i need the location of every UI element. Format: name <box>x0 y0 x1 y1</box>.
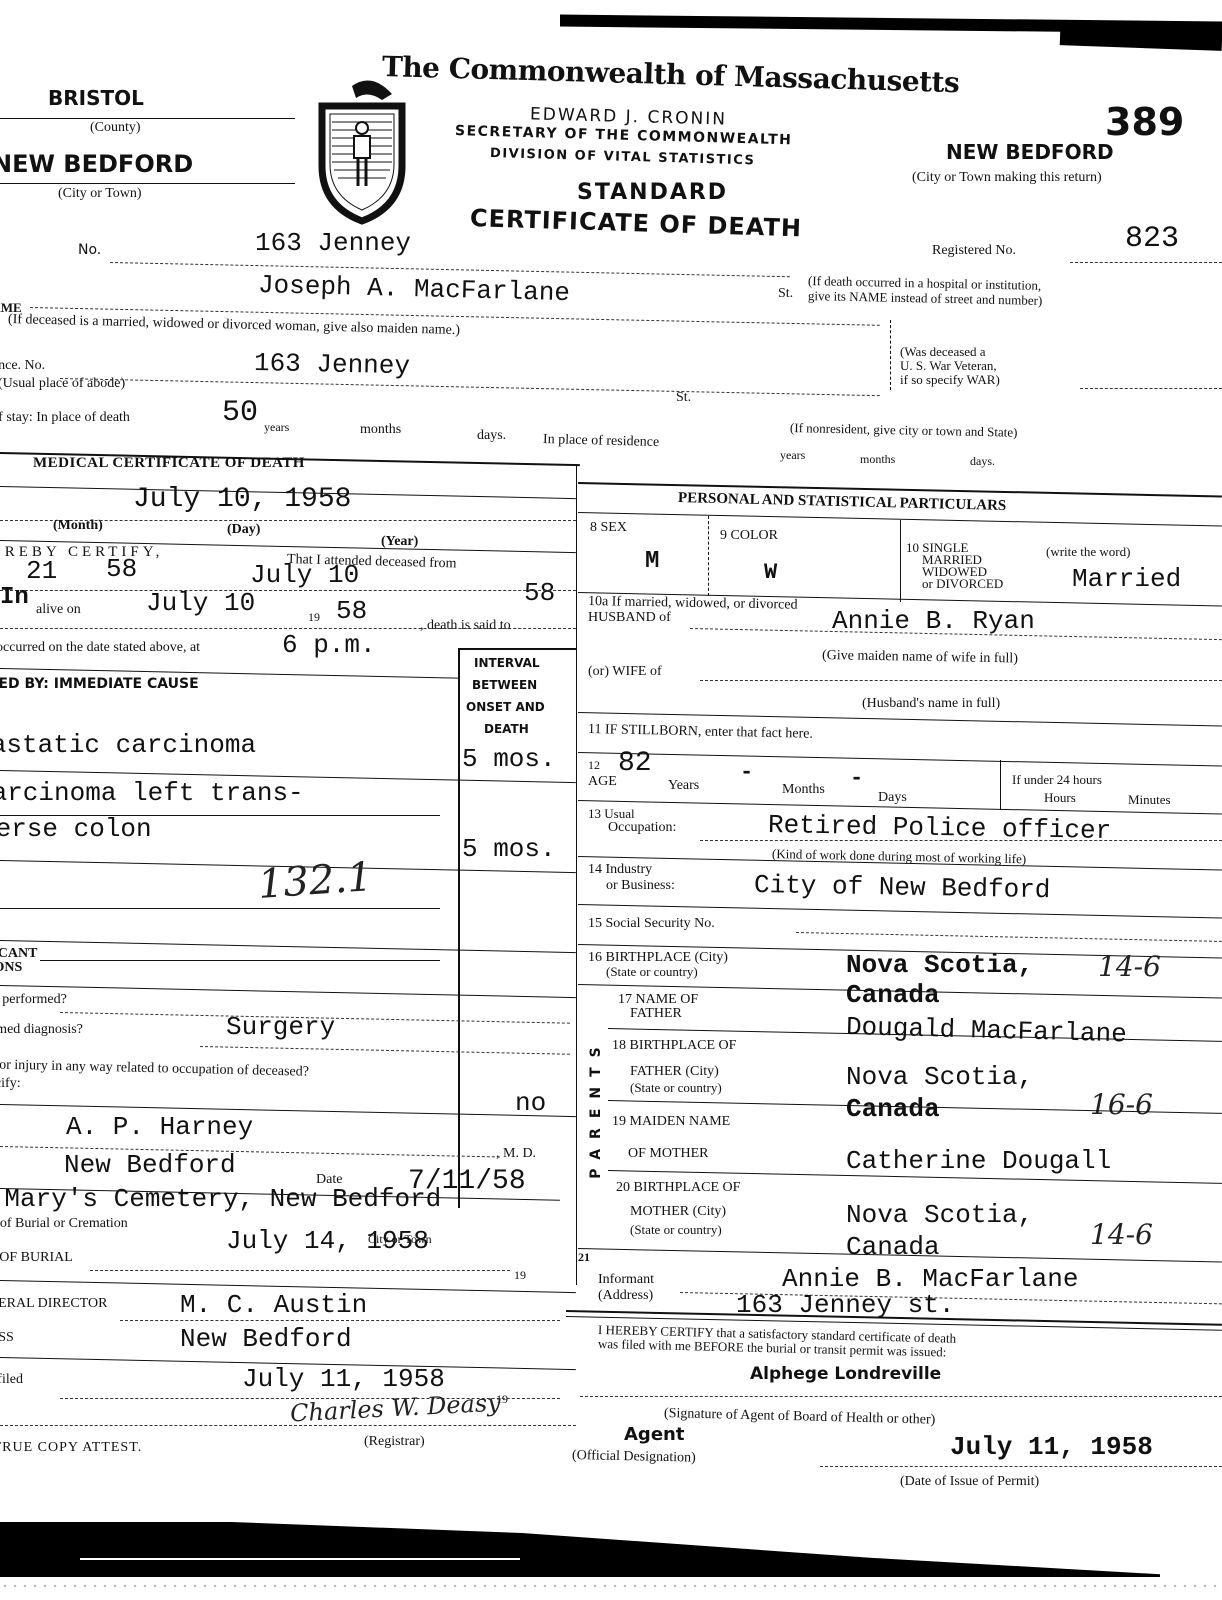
residence-value[interactable]: 163 Jenney <box>254 348 411 381</box>
mother-birthplace-value-2[interactable]: Canada <box>846 1232 940 1262</box>
under24-divider <box>1000 760 1001 810</box>
marital-label-4: or DIVORCED <box>922 576 1003 592</box>
registered-value: 823 <box>1125 222 1179 256</box>
mother-birthplace-label-3: (State or country) <box>630 1222 722 1238</box>
father-birthplace-label-1: 18 BIRTHPLACE OF <box>612 1038 736 1054</box>
occupation-related-label: Was disease or injury in any way related… <box>0 1056 309 1081</box>
issue-date-label: (Date of Issue of Permit) <box>900 1474 1039 1490</box>
burial-date-label: DATE OF BURIAL <box>0 1250 73 1266</box>
city-value: NEW BEDFORD <box>0 150 193 178</box>
divider <box>40 960 440 961</box>
industry-value[interactable]: City of New Bedford <box>754 870 1051 905</box>
alive-19: 19 <box>308 610 320 625</box>
father-name-label-2: FATHER <box>630 1006 682 1022</box>
marital-value[interactable]: Married <box>1072 564 1181 594</box>
form-title-certificate: CERTIFICATE OF DEATH <box>470 204 803 242</box>
age-months[interactable]: - <box>740 760 753 785</box>
interval-top <box>458 648 576 650</box>
column-divider <box>576 465 577 1285</box>
record-number: 389 <box>1105 100 1184 144</box>
city-label: (City or Town) <box>58 186 142 202</box>
attest-label: A TRUE COPY ATTEST. <box>0 1440 142 1456</box>
stillborn-label: 11 IF STILLBORN, enter that fact here. <box>588 722 813 743</box>
father-birthplace-label-2: FATHER (City) <box>630 1064 719 1080</box>
informant-label-1: Informant <box>598 1272 654 1288</box>
days-label: Days <box>878 790 907 806</box>
death-said-label: , death is said to <box>420 618 511 634</box>
diagnosis-value[interactable]: Surgery <box>226 1012 335 1042</box>
mother-birthplace-value-1[interactable]: Nova Scotia, <box>846 1200 1033 1230</box>
cause-2[interactable]: Carcinoma left trans- <box>0 778 304 808</box>
sex-label: 8 SEX <box>590 520 627 536</box>
stay-res-months-label: months <box>860 452 895 467</box>
attended-line <box>0 590 576 591</box>
alive-line <box>0 628 576 629</box>
medical-section-title: MEDICAL CERTIFICATE OF DEATH <box>33 455 305 472</box>
stay-days-label: days. <box>477 428 506 444</box>
filed-date[interactable]: July 11, 1958 <box>242 1364 445 1394</box>
father-name-value[interactable]: Dougald MacFarlane <box>846 1012 1128 1049</box>
cause-3-interval[interactable]: 5 mos. <box>462 834 556 864</box>
cause-1-interval[interactable]: 5 mos. <box>462 744 556 774</box>
father-birthplace-code: 16-6 <box>1090 1088 1153 1121</box>
diagnosis-line <box>200 1046 570 1055</box>
registrar-label: (Registrar) <box>364 1434 425 1450</box>
interval-header-2: BETWEEN <box>472 678 537 692</box>
attended-from-day[interactable]: 21 <box>26 556 57 586</box>
designation-label: (Official Designation) <box>572 1448 696 1467</box>
mother-birthplace-code: 14-6 <box>1090 1218 1153 1251</box>
name-note: (If deceased is a married, widowed or di… <box>8 312 460 339</box>
diagnosis-label: What test confirmed diagnosis? <box>0 1022 83 1038</box>
issue-date-line <box>820 1466 1222 1467</box>
cause-1[interactable]: Metastatic carcinoma <box>0 730 256 760</box>
cause-code: 132.1 <box>257 854 374 908</box>
divider <box>0 908 440 909</box>
alive-label: alive on <box>36 602 81 618</box>
divider <box>0 985 576 998</box>
form-title-standard: STANDARD <box>577 180 728 205</box>
veteran-line <box>1080 388 1222 389</box>
mother-birthplace-label-2: MOTHER (City) <box>630 1204 726 1220</box>
father-birthplace-label-3: (State or country) <box>630 1080 722 1096</box>
birthplace-label-2: (State or country) <box>606 964 698 980</box>
scan-edge-bottom <box>0 1522 1160 1577</box>
mother-name-label-1: 19 MAIDEN NAME <box>612 1114 730 1130</box>
burial-place-label: Place of Burial or Cremation <box>0 1216 128 1232</box>
stay-months-label: months <box>360 422 401 438</box>
husband-note: (Husband's name in full) <box>862 696 1000 712</box>
wife-line <box>700 680 1222 681</box>
agent-line <box>580 1396 1222 1397</box>
color-col-divider <box>900 520 901 602</box>
occurred-label: occurred on the date stated above, at <box>0 640 200 656</box>
day-label: (Day) <box>227 522 260 538</box>
attended-to[interactable]: July 10 <box>250 560 359 590</box>
stay-residence-label: In place of residence <box>543 432 660 451</box>
alive-prefix: In <box>0 584 29 611</box>
father-birthplace-value-2[interactable]: Canada <box>846 1094 940 1124</box>
divider <box>0 940 576 953</box>
county-value: BRISTOL <box>48 86 144 110</box>
director-line <box>120 1320 560 1321</box>
registered-line <box>1070 262 1222 263</box>
scan-highlight <box>80 1558 520 1560</box>
divider <box>0 183 295 184</box>
divider <box>0 118 295 119</box>
color-label: 9 COLOR <box>720 528 778 544</box>
place-no-value: 163 Jenney <box>255 228 411 258</box>
agent-sig-label: (Signature of Agent of Board of Health o… <box>664 1406 936 1429</box>
stay-label: Length of stay: In place of death <box>0 410 130 426</box>
veteran-bracket <box>890 320 891 390</box>
wife-label: (or) WIFE of <box>588 664 662 680</box>
scan-dot-border <box>0 1583 1222 1589</box>
marital-hint: (write the word) <box>1046 544 1130 560</box>
age-num: 12 <box>588 758 600 773</box>
attended-to-year[interactable]: 58 <box>524 578 555 608</box>
specify-label: If so, specify: <box>0 1076 21 1092</box>
stay-res-years-label: years <box>780 448 805 463</box>
under24-label: If under 24 hours <box>1012 772 1102 788</box>
color-value[interactable]: W <box>764 560 777 585</box>
certify-label: I HEREBY CERTIFY, <box>0 544 163 561</box>
division-title: DIVISION OF VITAL STATISTICS <box>490 146 756 168</box>
informant-num: 21 <box>578 1250 590 1265</box>
age-years[interactable]: 82 <box>618 748 652 779</box>
registrar-signature: Charles W. Deasy <box>289 1389 501 1428</box>
residence-st-label: St. <box>676 390 691 406</box>
mother-name-label-2: OF MOTHER <box>628 1146 709 1162</box>
state-seal-icon <box>312 68 412 228</box>
ssn-line <box>796 932 1222 942</box>
mother-name-value[interactable]: Catherine Dougall <box>846 1146 1111 1176</box>
contributing-label-2: CONDITIONS <box>0 960 22 976</box>
physician-address[interactable]: New Bedford <box>64 1150 236 1180</box>
filed-label: Received and filed <box>0 1372 23 1388</box>
ssn-label: 15 Social Security No. <box>588 916 715 932</box>
nonresident-note: (If nonresident, give city or town and S… <box>790 420 1018 441</box>
burial-date[interactable]: July 14, 1958 <box>226 1226 429 1256</box>
designation-value: Agent <box>624 1424 684 1445</box>
interval-header-1: INTERVAL <box>474 656 540 670</box>
secretary-title: SECRETARY OF THE COMMONWEALTH <box>455 123 793 148</box>
spouse-note: (Give maiden name of wife in full) <box>822 648 1018 667</box>
birthplace-value-1[interactable]: Nova Scotia, <box>846 950 1033 980</box>
age-label: AGE <box>588 774 617 790</box>
place-no-label: No. <box>78 242 101 258</box>
residence-label: Residence. No. <box>0 358 45 374</box>
burial-19: 19 <box>514 1268 526 1283</box>
veteran-note-3: if so specify WAR) <box>900 372 1000 388</box>
husband-label-2: HUSBAND of <box>588 610 671 626</box>
registrar-line <box>0 1425 576 1426</box>
commonwealth-title: The Commonwealth of Massachusetts <box>382 50 960 99</box>
physician-name[interactable]: A. P. Harney <box>66 1112 253 1142</box>
registered-label: Registered No. <box>932 243 1016 259</box>
address-label: ADDRESS <box>0 1330 14 1346</box>
hours-label: Hours <box>1044 790 1076 806</box>
years-label: Years <box>668 778 699 794</box>
minutes-label: Minutes <box>1128 792 1171 808</box>
occupation-line <box>700 840 1222 841</box>
director-address[interactable]: New Bedford <box>180 1324 352 1354</box>
industry-label-1: 14 Industry <box>588 862 652 878</box>
birthplace-value-2[interactable]: Canada <box>846 980 940 1010</box>
personal-section-title: PERSONAL AND STATISTICAL PARTICULARS <box>678 490 1007 515</box>
stay-res-days-label: days. <box>970 454 995 469</box>
date-of-death[interactable]: July 10, 1958 <box>133 484 351 515</box>
divider <box>578 752 1222 766</box>
attended-from-year[interactable]: 58 <box>106 554 137 584</box>
interval-border <box>458 648 460 1208</box>
sex-value[interactable]: M <box>645 548 659 575</box>
return-city-value: NEW BEDFORD <box>946 140 1114 164</box>
birthplace-code: 14-6 <box>1098 950 1161 983</box>
interval-header-4: DEATH <box>484 722 529 736</box>
alive-value[interactable]: July 10 <box>146 588 255 618</box>
director-label: NAME OF FUNERAL DIRECTOR <box>0 1296 107 1312</box>
autopsy-label: Was autopsy performed? <box>0 992 67 1008</box>
age-days[interactable]: - <box>850 766 863 791</box>
parents-vertical-label: PARENTS <box>588 1037 604 1179</box>
deceased-name[interactable]: Joseph A. MacFarlane <box>258 270 571 308</box>
cause-label: THE CAUSE OF DEATH WAS CAUSED BY: IMMEDI… <box>0 676 199 692</box>
return-city-label: (City or Town making this return) <box>912 170 1102 186</box>
residence-line <box>60 378 880 396</box>
cause-3[interactable]: verse colon <box>0 814 152 844</box>
stay-years-value[interactable]: 50 <box>222 396 258 430</box>
county-label: (County) <box>90 120 141 136</box>
burial-line <box>90 1270 510 1271</box>
month-label: (Month) <box>53 518 103 534</box>
stay-years-label: years <box>264 420 289 435</box>
mother-birthplace-label-1: 20 BIRTHPLACE OF <box>616 1180 740 1196</box>
director-name[interactable]: M. C. Austin <box>180 1290 367 1320</box>
physician-suffix: , M. D. <box>496 1146 536 1162</box>
alive-year[interactable]: 58 <box>336 596 367 626</box>
burial-place[interactable]: St. Mary's Cemetery, New Bedford <box>0 1184 441 1214</box>
sex-col-divider <box>708 516 709 596</box>
interval-header-3: ONSET AND <box>466 700 545 714</box>
agent-name: Alphege Londreville <box>750 1364 941 1384</box>
occupation-label-2: Occupation: <box>608 820 676 836</box>
industry-label-2: or Business: <box>606 878 675 894</box>
informant-label-2: (Address) <box>598 1288 653 1304</box>
permit-issue-date[interactable]: July 11, 1958 <box>950 1432 1153 1462</box>
occupation-related-value[interactable]: no <box>515 1088 546 1118</box>
father-birthplace-value-1[interactable]: Nova Scotia, <box>846 1062 1033 1092</box>
time-of-death[interactable]: 6 p.m. <box>282 630 376 660</box>
place-st-label: St. <box>778 286 793 302</box>
months-label: Months <box>782 782 825 798</box>
